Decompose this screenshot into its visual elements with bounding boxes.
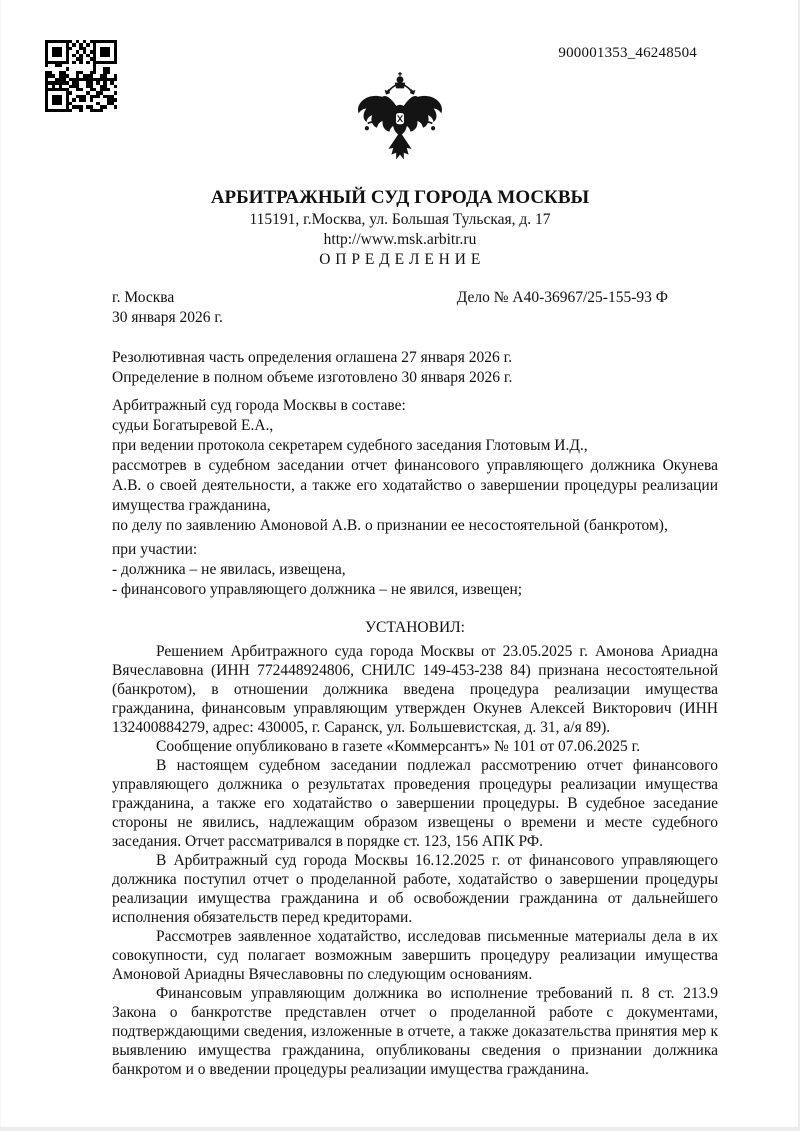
resolutive-block: Резолютивная часть определения оглашена …: [112, 348, 718, 388]
case-number: Дело № А40-36967/25-155-93 Ф: [457, 288, 668, 308]
composition-line: по делу по заявлению Амоновой А.В. о при…: [112, 516, 718, 536]
finding-paragraph: Решением Арбитражного суда города Москвы…: [112, 642, 718, 737]
finding-paragraph: В Арбитражный суд города Москвы 16.12.20…: [112, 851, 718, 927]
attendance-item: - финансового управляющего должника – не…: [112, 580, 718, 600]
composition-line: Арбитражный суд города Москвы в составе:: [112, 396, 718, 416]
russia-coat-of-arms-icon: [352, 72, 448, 172]
court-header: АРБИТРАЖНЫЙ СУД ГОРОДА МОСКВЫ 115191, г.…: [0, 186, 800, 270]
qr-code-icon: [45, 40, 117, 112]
court-ruling-page: 900001353_46248504: [0, 0, 800, 1131]
finding-paragraph: Сообщение опубликовано в газете «Коммерс…: [112, 737, 718, 756]
document-type-title: О П Р Е Д Е Л Е Н И Е: [0, 250, 800, 270]
resolutive-part-line: Резолютивная часть определения оглашена …: [112, 348, 718, 368]
court-website: http://www.msk.arbitr.ru: [0, 230, 800, 250]
finding-paragraph: Финансовым управляющим должника во испол…: [112, 984, 718, 1079]
composition-line: судьи Богатыревой Е.А.,: [112, 416, 718, 436]
findings-section: Решением Арбитражного суда города Москвы…: [112, 642, 718, 1079]
scan-document-number: 900001353_46248504: [558, 45, 697, 62]
composition-line: при ведении протокола секретарем судебно…: [112, 436, 718, 456]
document-body: г. Москва Дело № А40-36967/25-155-93 Ф 3…: [112, 288, 718, 1079]
composition-line: рассмотрев в судебном заседании отчет фи…: [112, 456, 718, 516]
attendance-intro: при участии:: [112, 540, 718, 560]
court-address: 115191, г.Москва, ул. Большая Тульская, …: [0, 210, 800, 230]
resolution-heading: УСТАНОВИЛ:: [112, 618, 718, 638]
court-name: АРБИТРАЖНЫЙ СУД ГОРОДА МОСКВЫ: [0, 186, 800, 210]
finding-paragraph: В настоящем судебном заседании подлежал …: [112, 756, 718, 851]
city-label: г. Москва: [112, 289, 174, 306]
attendance-item: - должника – не явилась, извещена,: [112, 560, 718, 580]
case-row: г. Москва Дело № А40-36967/25-155-93 Ф: [112, 288, 718, 308]
court-composition: Арбитражный суд города Москвы в составе:…: [112, 396, 718, 536]
finding-paragraph: Рассмотрев заявленное ходатайство, иссле…: [112, 927, 718, 984]
full-volume-line: Определение в полном объеме изготовлено …: [112, 368, 718, 388]
ruling-date: 30 января 2026 г.: [112, 308, 718, 328]
attendance-block: при участии: - должника – не явилась, из…: [112, 540, 718, 600]
